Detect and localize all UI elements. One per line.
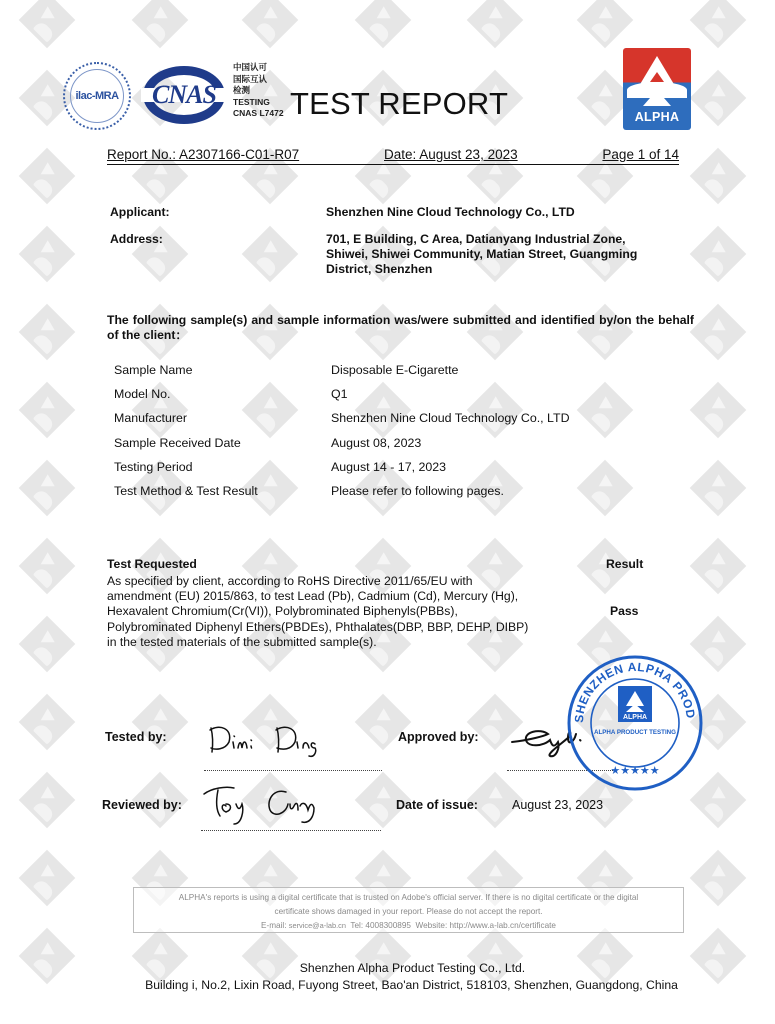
address-label: Address: <box>110 232 163 246</box>
watermark-logo-icon <box>19 694 76 751</box>
digital-certificate-disclaimer: ALPHA's reports is using a digital certi… <box>133 887 684 933</box>
watermark-logo-icon <box>690 850 747 907</box>
sample-info-value: Q1 <box>331 387 348 401</box>
watermark-logo-icon <box>19 226 76 283</box>
watermark-logo-icon <box>19 538 76 595</box>
email-link[interactable]: service@a-lab.cn <box>289 921 346 930</box>
result-heading: Result <box>606 557 643 571</box>
watermark-logo-icon <box>19 0 76 48</box>
sample-info-value: Shenzhen Nine Cloud Technology Co., LTD <box>331 411 570 425</box>
watermark-logo-icon <box>690 70 747 127</box>
report-number: Report No.: A2307166-C01-R07 <box>107 147 299 162</box>
watermark-logo-icon <box>19 382 76 439</box>
watermark-logo-icon <box>467 382 524 439</box>
watermark-logo-icon <box>355 382 412 439</box>
watermark-logo-icon <box>19 850 76 907</box>
approved-by-label: Approved by: <box>398 730 479 744</box>
watermark-logo-icon <box>577 382 634 439</box>
sample-info-key: Model No. <box>114 387 170 401</box>
sample-info-key: Testing Period <box>114 460 193 474</box>
reviewed-by-label: Reviewed by: <box>102 798 182 812</box>
test-requested-heading: Test Requested <box>107 557 197 571</box>
sample-info-value: August 08, 2023 <box>331 436 421 450</box>
ilac-mra-text: ilac-MRA <box>75 90 118 102</box>
watermark-logo-icon <box>19 460 76 517</box>
sample-info-value: Please refer to following pages. <box>331 484 504 498</box>
applicant-label: Applicant: <box>110 205 170 219</box>
date-of-issue-value: August 23, 2023 <box>512 798 603 812</box>
report-info-line: Report No.: A2307166-C01-R07 Date: Augus… <box>107 147 679 165</box>
watermark-logo-icon <box>690 148 747 205</box>
reviewed-by-signature <box>202 780 332 828</box>
page-title: TEST REPORT <box>290 86 508 122</box>
sample-info-key: Manufacturer <box>114 411 187 425</box>
svg-text:ALPHA PRODUCT TESTING: ALPHA PRODUCT TESTING <box>594 729 676 736</box>
cnas-logo: CNAS <box>143 66 225 124</box>
website-link[interactable]: Website: http://www.a-lab.cn/certificate <box>416 921 556 930</box>
footer: Shenzhen Alpha Product Testing Co., Ltd.… <box>0 960 775 993</box>
footer-address: Building i, No.2, Lixin Road, Fuyong Str… <box>0 977 775 994</box>
tested-by-label: Tested by: <box>105 730 167 744</box>
watermark-logo-icon <box>19 616 76 673</box>
watermark-logo-icon <box>242 0 299 48</box>
alpha-logo-text: ALPHA <box>623 110 691 124</box>
company-stamp: SHENZHEN ALPHA PRODUCT TESTING CO.,LTD A… <box>566 654 704 792</box>
watermark-logo-icon <box>690 460 747 517</box>
address-value: 701, E Building, C Area, Datianyang Indu… <box>326 232 686 277</box>
watermark-logo-icon <box>19 304 76 361</box>
watermark-logo-icon <box>690 538 747 595</box>
sample-info-value: Disposable E-Cigarette <box>331 363 458 377</box>
watermark-logo-icon <box>690 226 747 283</box>
sample-info-value: August 14 - 17, 2023 <box>331 460 446 474</box>
applicant-value: Shenzhen Nine Cloud Technology Co., LTD <box>326 205 575 219</box>
cnas-logo-text: CNAS <box>143 80 225 110</box>
report-date: Date: August 23, 2023 <box>384 147 518 162</box>
watermark-logo-icon <box>19 148 76 205</box>
watermark-logo-icon <box>577 460 634 517</box>
watermark-logo-icon <box>690 382 747 439</box>
watermark-logo-icon <box>577 0 634 48</box>
svg-text:★★★★★: ★★★★★ <box>610 764 659 777</box>
watermark-logo-icon <box>690 0 747 48</box>
tested-by-signature-line <box>204 770 382 771</box>
watermark-logo-icon <box>690 304 747 361</box>
result-value: Pass <box>610 604 638 618</box>
watermark-logo-icon <box>242 382 299 439</box>
cnas-caption: 中国认可 国际互认 检测 TESTING CNAS L7472 <box>233 62 284 120</box>
sample-info-key: Sample Received Date <box>114 436 241 450</box>
watermark-logo-icon <box>242 226 299 283</box>
watermark-logo-icon <box>19 772 76 829</box>
intro-paragraph: The following sample(s) and sample infor… <box>107 313 694 343</box>
svg-text:ALPHA: ALPHA <box>623 714 647 721</box>
sample-info-key: Sample Name <box>114 363 193 377</box>
tested-by-signature <box>205 718 325 760</box>
watermark-logo-icon <box>132 0 189 48</box>
reviewed-by-signature-line <box>201 830 381 831</box>
ilac-mra-logo: ilac-MRA <box>63 62 131 130</box>
disclaimer-contact: E-mail: service@a-lab.cn Tel: 4008300895… <box>134 919 683 933</box>
date-of-issue-label: Date of issue: <box>396 798 478 812</box>
test-requested-body: As specified by client, according to RoH… <box>107 574 577 650</box>
page-indicator: Page 1 of 14 <box>602 147 679 162</box>
footer-company: Shenzhen Alpha Product Testing Co., Ltd. <box>0 960 775 977</box>
sample-info-key: Test Method & Test Result <box>114 484 258 498</box>
alpha-brand-logo: ALPHA <box>623 48 691 130</box>
watermark-logo-icon <box>355 0 412 48</box>
watermark-logo-icon <box>467 0 524 48</box>
